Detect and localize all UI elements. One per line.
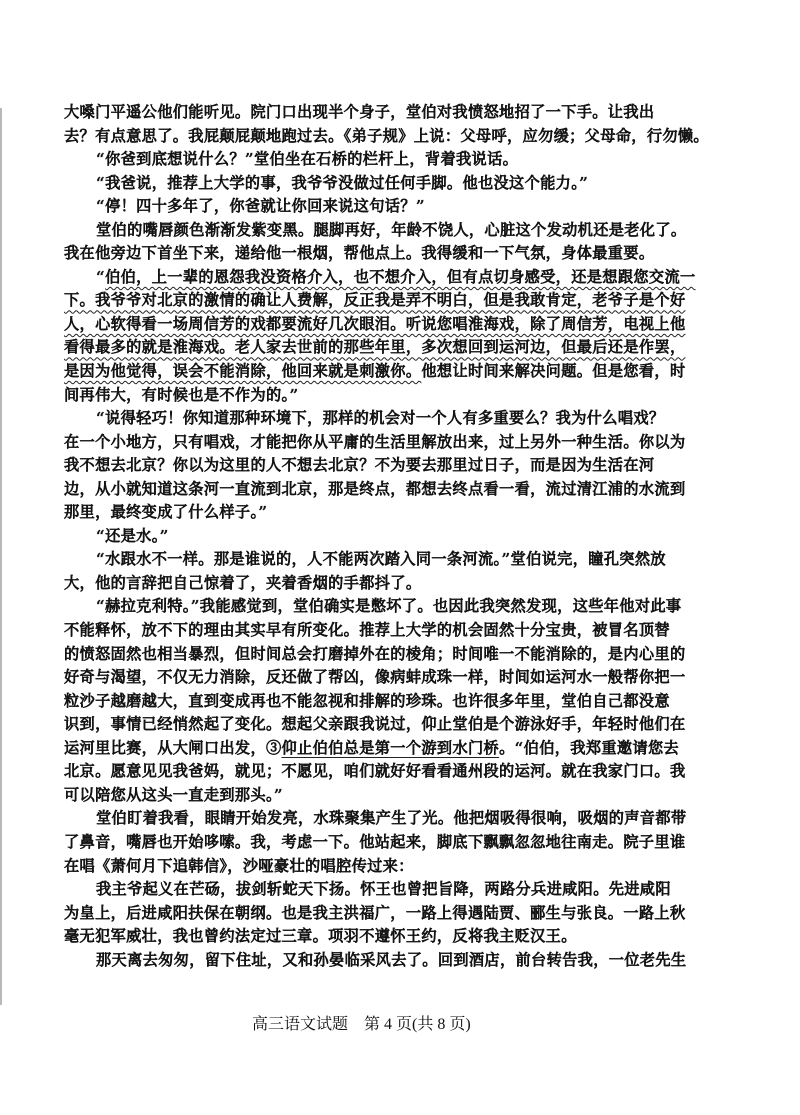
text-line: 在一个小地方，只有唱戏，才能把你从平庸的生活里解放出来，过上另外一种生活。你以为 [64,431,674,455]
wavy-underlined-text: 是因为他觉得，误会不能消除，他回来就是刺激你。 [64,362,421,380]
text-line: 的愤怒固然也相当暴烈，但时间总会打磨掉外在的棱角；时间唯一不能消除的，是内心里的 [64,643,674,667]
text-line: “停！四十多年了，你爸就让你回来说这句话？” [64,195,674,219]
text-segment: 运河里比赛，从大闸口出发，③ [64,739,282,757]
text-line: 在唱《萧何月下追韩信》，沙哑豪壮的唱腔传过来： [64,855,674,879]
text-segment: 堂伯盯着我看，眼睛开始发亮，水珠聚集产生了光。他把烟吸得很响，吸烟的声音都带 [96,809,686,827]
text-segment: 那天离去匆匆，留下住址，又和孙晏临采风去了。回到酒店，前台转告我，一位老先生 [96,951,686,969]
text-segment: 识到，事情已经悄然起了变化。想起父亲跟我说过，仰止堂伯是个游泳好手，年轻时他们在 [64,715,686,733]
text-line: 北京。愿意见见我爸妈，就见；不愿见，咱们就好好看看通州段的运河。就在我家门口。我 [64,760,674,784]
text-segment: 的愤怒固然也相当暴烈，但时间总会打磨掉外在的棱角；时间唯一不能消除的，是内心里的 [64,645,686,663]
text-segment: “我爸说，推荐上大学的事，我爷爷没做过任何手脚。他也没这个能力。” [96,174,588,192]
text-segment: 毫无犯军威壮，我也曾约法定过三章。项羽不遵怀王约，反将我主贬汉王。 [64,927,577,945]
text-line: “伯伯，上一辈的恩怨我没资格介入，也不想介入，但有点切身感受，还是想跟您交流一 [64,266,674,290]
text-line: 毫无犯军威壮，我也曾约法定过三章。项羽不遵怀王约，反将我主贬汉王。 [64,925,674,949]
text-line: “还是水。” [64,525,674,549]
text-segment: 大，他的言辞把自己惊着了，夹着香烟的手都抖了。 [64,574,421,592]
text-segment: “还是水。” [96,527,169,545]
text-segment: 我在他旁边下首坐下来，递给他一根烟，帮他点上。我得缓和一下气氛，身体最重要。 [64,244,654,262]
text-segment: “赫拉克利特。”我能感觉到，堂伯确实是憋坏了。也因此我突然发现，这些年他对此事 [96,597,681,615]
text-line: 去？有点意思了。我屁颠屁颠地跑过去。《弟子规》上说：父母呼，应勿缓；父母命，行勿… [64,125,674,149]
text-segment: 我主爷起义在芒砀，拔剑斩蛇天下扬。怀王也曾把旨降，两路分兵进咸阳。先进咸阳 [96,880,671,898]
text-segment: 为皇上，后进咸阳扶保在朝纲。也是我主洪福广，一路上得遇陆贾、郦生与张良。一路上秋 [64,904,686,922]
text-segment: 我不想去北京？你以为这里的人不想去北京？不为要去那里过日子，而是因为生活在河 [64,456,654,474]
text-segment: 。“伯伯，我郑重邀请您去 [499,739,679,757]
text-segment: 在一个小地方，只有唱戏，才能把你从平庸的生活里解放出来，过上另外一种生活。你以为 [64,433,686,451]
text-line: 下。我爷爷对北京的激情的确让人费解，反正我是弄不明白，但是我敢肯定，老爷子是个好 [64,289,674,313]
text-segment: “水跟水不一样。那是谁说的，人不能两次踏入同一条河流。”堂伯说完，瞳孔突然放 [96,550,666,568]
text-line: 识到，事情已经悄然起了变化。想起父亲跟我说过，仰止堂伯是个游泳好手，年轻时他们在 [64,713,674,737]
verse-line: 我主爷起义在芒砀，拔剑斩蛇天下扬。怀王也曾把旨降，两路分兵进咸阳。先进咸阳 [64,878,674,902]
text-line: 运河里比赛，从大闸口出发，③仰止伯伯总是第一个游到水门桥。“伯伯，我郑重邀请您去 [64,737,674,761]
text-line: 好奇与渴望，不仅无力消除，反还做了帮凶，像病蚌成珠一样，时间如运河水一般帮你把一 [64,666,674,690]
document-body: 大嗓门平遥公他们能听见。院门口出现半个身子，堂伯对我愤怒地招了一下手。让我出去？… [64,101,674,972]
text-line: 间再伟大，有时候也是不作为的。” [64,384,674,408]
text-line: 可以陪您从这头一直走到那头。” [64,784,674,808]
text-segment: 可以陪您从这头一直走到那头。” [64,786,283,804]
text-line: “说得轻巧！你知道那种环境下，那样的机会对一个人有多重要么？我为什么唱戏？ [64,407,674,431]
text-segment: 他想让时间来解决问题。但是您看，时 [421,362,685,380]
text-line: “水跟水不一样。那是谁说的，人不能两次踏入同一条河流。”堂伯说完，瞳孔突然放 [64,548,674,572]
text-segment: 好奇与渴望，不仅无力消除，反还做了帮凶，像病蚌成珠一样，时间如运河水一般帮你把一 [64,668,686,686]
text-segment: 了鼻音，嘴唇也开始哆嗦。我，考虑一下。他站起来，脚底下飘飘忽忽地往南走。院子里谁 [64,833,686,851]
text-segment: “说得轻巧！你知道那种环境下，那样的机会对一个人有多重要么？我为什么唱戏？ [96,409,664,427]
wavy-underlined-text: 伯伯，上一辈的恩怨我没资格介入，也不想介入，但有点切身感受，还是想跟您交流一 [105,268,695,286]
text-segment: 不能释怀，放不下的理由其实早有所变化。推荐上大学的机会固然十分宝贵，被冒名顶替 [64,621,670,639]
text-line: “你爸到底想说什么？”堂伯坐在石桥的栏杆上，背着我说话。 [64,148,674,172]
text-line: 粒沙子越磨越大，直到变成再也不能忽视和排解的珍珠。也许很多年里，堂伯自己都没意 [64,690,674,714]
text-line: 堂伯盯着我看，眼睛开始发亮，水珠聚集产生了光。他把烟吸得很响，吸烟的声音都带 [64,807,674,831]
text-segment: 那里，最终变成了什么样子。” [64,503,267,521]
text-line: 为皇上，后进咸阳扶保在朝纲。也是我主洪福广，一路上得遇陆贾、郦生与张良。一路上秋 [64,902,674,926]
wavy-underlined-text: 人，心软得看一场周信芳的戏都要流好几次眼泪。听说您唱淮海戏，除了周信芳，电视上他 [64,315,686,333]
text-line: 人，心软得看一场周信芳的戏都要流好几次眼泪。听说您唱淮海戏，除了周信芳，电视上他 [64,313,674,337]
text-segment: 粒沙子越磨越大，直到变成再也不能忽视和排解的珍珠。也许很多年里，堂伯自己都没意 [64,692,670,710]
text-line: “我爸说，推荐上大学的事，我爷爷没做过任何手脚。他也没这个能力。” [64,172,674,196]
text-line: 那天离去匆匆，留下住址，又和孙晏临采风去了。回到酒店，前台转告我，一位老先生 [64,949,674,973]
text-segment: 北京。愿意见见我爸妈，就见；不愿见，咱们就好好看看通州段的运河。就在我家门口。我 [64,762,686,780]
text-segment: “你爸到底想说什么？”堂伯坐在石桥的栏杆上，背着我说话。 [96,150,518,168]
text-line: “赫拉克利特。”我能感觉到，堂伯确实是憋坏了。也因此我突然发现，这些年他对此事 [64,595,674,619]
text-segment: “停！四十多年了，你爸就让你回来说这句话？” [96,197,425,215]
text-segment: 边，从小就知道这条河一直流到北京，那是终点，都想去终点看一看，流过清江浦的水流到 [64,480,686,498]
binding-margin-rule [0,108,2,1005]
wavy-underlined-text: 看得最多的就是淮海戏。老人家去世前的那些年里，多次想回到运河边，但最后还是作罢， [64,338,686,356]
text-line: 我不想去北京？你以为这里的人不想去北京？不为要去那里过日子，而是因为生活在河 [64,454,674,478]
text-line: 堂伯的嘴唇颜色渐渐发紫变黑。腿脚再好，年龄不饶人，心脏这个发动机还是老化了。 [64,219,674,243]
underlined-question-text: 仰止伯伯总是第一个游到水门桥 [282,739,500,757]
text-line: 边，从小就知道这条河一直流到北京，那是终点，都想去终点看一看，流过清江浦的水流到 [64,478,674,502]
text-line: 我在他旁边下首坐下来，递给他一根烟，帮他点上。我得缓和一下气氛，身体最重要。 [64,242,674,266]
text-segment: 在唱《萧何月下追韩信》，沙哑豪壮的唱腔传过来： [64,857,414,875]
text-line: 不能释怀，放不下的理由其实早有所变化。推荐上大学的机会固然十分宝贵，被冒名顶替 [64,619,674,643]
wavy-underlined-text: 下。我爷爷对北京的激情的确让人费解，反正我是弄不明白，但是我敢肯定，老爷子是个好 [64,291,686,309]
text-line: 那里，最终变成了什么样子。” [64,501,674,525]
text-line: 大嗓门平遥公他们能听见。院门口出现半个身子，堂伯对我愤怒地招了一下手。让我出 [64,101,674,125]
text-line: 是因为他觉得，误会不能消除，他回来就是刺激你。他想让时间来解决问题。但是您看，时 [64,360,674,384]
text-line: 了鼻音，嘴唇也开始哆嗦。我，考虑一下。他站起来，脚底下飘飘忽忽地往南走。院子里谁 [64,831,674,855]
text-segment: 去？有点意思了。我屁颠屁颠地跑过去。《弟子规》上说：父母呼，应勿缓；父母命，行勿… [64,127,709,145]
text-segment: 间再伟大，有时候也是不作为的。” [64,386,299,404]
text-segment: “ [96,268,105,286]
text-line: 看得最多的就是淮海戏。老人家去世前的那些年里，多次想回到运河边，但最后还是作罢， [64,336,674,360]
text-segment: 堂伯的嘴唇颜色渐渐发紫变黑。腿脚再好，年龄不饶人，心脏这个发动机还是老化了。 [96,221,686,239]
page-footer: 高三语文试题 第 4 页(共 8 页) [0,1011,800,1034]
text-segment: 大嗓门平遥公他们能听见。院门口出现半个身子，堂伯对我愤怒地招了一下手。让我出 [64,103,654,121]
text-line: 大，他的言辞把自己惊着了，夹着香烟的手都抖了。 [64,572,674,596]
